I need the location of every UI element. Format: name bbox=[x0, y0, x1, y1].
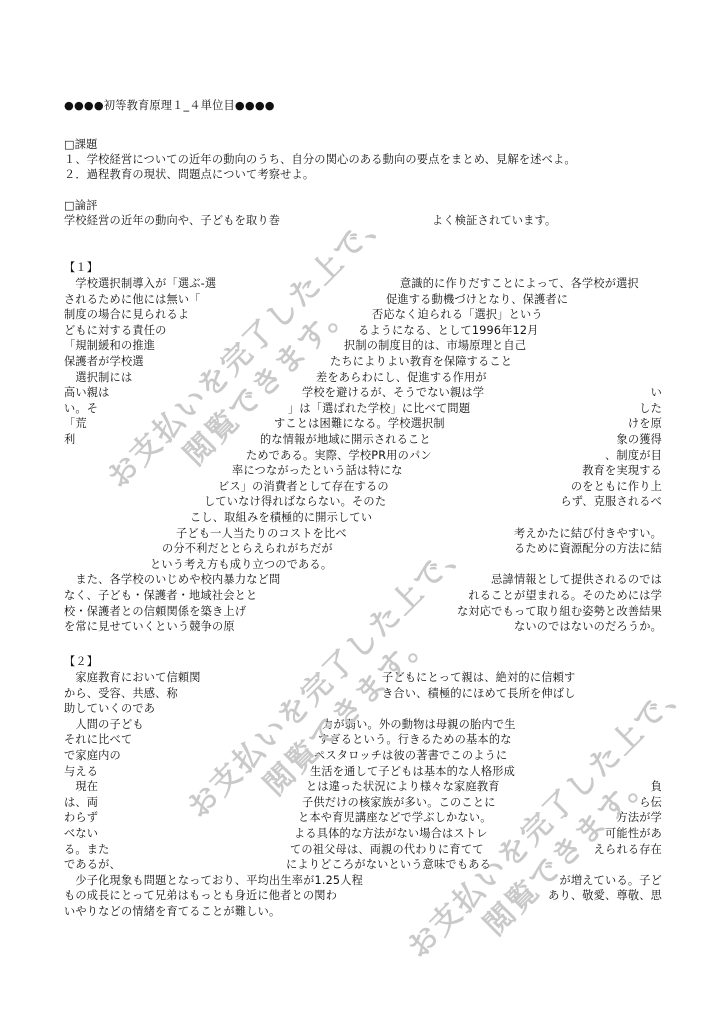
text-line-edge: した bbox=[639, 402, 662, 416]
text-line-left: 家庭教育において信頼関 bbox=[64, 671, 201, 685]
text-line-edge: ら伝 bbox=[639, 796, 662, 810]
text-line-right: 促進する動機づけとなり、保護者に bbox=[386, 293, 568, 307]
document-title: ●●●●初等教育原理１_４単位目●●●● bbox=[64, 99, 275, 113]
section2-heading: 【２】 bbox=[64, 655, 98, 669]
text-line-edge: 教育を実現する bbox=[582, 464, 662, 478]
text-line-right: と本や育児講座などで学ぶしかない。 bbox=[298, 811, 492, 825]
text-line-right: 」は「選ばれた学校」に比べて問題 bbox=[288, 402, 470, 416]
text-line-edge: らず、克服されるべ bbox=[560, 495, 662, 509]
text-line-right: 択制の制度目的は、市場原理と自己 bbox=[344, 339, 526, 353]
text-line-right: 学校を避けるが、そうでない親は学 bbox=[302, 386, 484, 400]
text-line-right: るようになる、として1996年12月 bbox=[358, 324, 539, 338]
review-text-left: 学校経営の近年の動向や、子どもを取り巻 bbox=[64, 214, 280, 228]
text-line-edge: 、制度が目 bbox=[605, 449, 662, 463]
text-line-right: すことは困難になる。学校選択制 bbox=[274, 417, 445, 431]
text-line-left: は、両 bbox=[64, 796, 98, 810]
text-line-right: たちによりよい教育を保障すること bbox=[330, 355, 512, 369]
text-line-right: すぎるという。行きるための基本的な bbox=[318, 733, 512, 747]
text-line-right: 的な情報が地域に開示されること bbox=[260, 433, 431, 447]
text-line-right: よる具体的な方法がない場合はストレ bbox=[294, 827, 488, 841]
text-line-right: 率につながったという話は特にな bbox=[232, 464, 403, 478]
text-line-right: 子供だけの核家族が多い。このことに bbox=[302, 796, 496, 810]
text-line-right: していなけ得ればならない。そのた bbox=[204, 495, 386, 509]
text-line-right: 差をあらわにし、促進する作用が bbox=[316, 371, 487, 385]
assignment-item: １、学校経営についての近年の動向のうち、自分の関心のある動向の要点をまとめ、見解… bbox=[64, 153, 576, 167]
text-line-left: なく、子ども・保護者・地域社会とと bbox=[64, 589, 257, 603]
assignment-heading: □課題 bbox=[64, 138, 98, 152]
text-line-right: ためである。実際、学校PR用のパン bbox=[246, 449, 432, 463]
text-line-right: 生活を通して子どもは基本的な人格形成 bbox=[310, 765, 515, 779]
text-line-left: それに比べて bbox=[64, 733, 132, 747]
text-line-left: 高い親は bbox=[64, 386, 110, 400]
text-line-right: 否応なく迫られる「選択」という bbox=[372, 308, 543, 322]
text-line-left: 助していくのであ bbox=[64, 702, 155, 716]
text-line-left: どもに対する責任の bbox=[64, 324, 167, 338]
text-line-right: 意識的に作りだすことによって、各学校が選択 bbox=[400, 277, 639, 291]
text-line-left: 保護者が学校選 bbox=[64, 355, 144, 369]
review-heading: □論評 bbox=[64, 199, 98, 213]
text-line-edge: ないのではないのだろうか。 bbox=[514, 620, 662, 634]
text-line-left: 少子化現象も問題となっており、平均出生率が1.25人程 bbox=[64, 874, 363, 888]
text-line-left: る。また bbox=[64, 843, 110, 857]
text-line-left: 「荒 bbox=[64, 417, 87, 431]
text-line-left: わらず bbox=[64, 811, 98, 825]
text-line-left: また、各学校のいじめや校内暴力など問 bbox=[64, 573, 280, 587]
review-text-right: よく検証されています。 bbox=[432, 214, 556, 228]
text-line-left: 利 bbox=[64, 433, 75, 447]
assignment-item: ２．過程教育の現状、問題点について考察せよ。 bbox=[64, 168, 314, 182]
text-line-left: 校・保護者との信頼関係を築き上げ bbox=[64, 605, 246, 619]
text-line-left: を常に見せていくという競争の原 bbox=[64, 620, 235, 634]
text-line-right: 力が弱い。外の動物は母親の胎内で生 bbox=[322, 718, 516, 732]
text-line-edge: えられる存在 bbox=[594, 843, 662, 857]
text-line-right: ペスタロッチは彼の著書でこのように bbox=[314, 749, 507, 763]
text-line-edge: い bbox=[651, 386, 662, 400]
text-line-edge: 忌諱情報として提供されるのでは bbox=[491, 573, 662, 587]
text-line-left: 制度の場合に見られるよ bbox=[64, 308, 189, 322]
text-line-right: き合い、積極的にほめて長所を伸ばし bbox=[382, 687, 576, 701]
text-line-right: という考え方も成り立つのである。 bbox=[150, 558, 332, 572]
text-line-edge: けを原 bbox=[628, 417, 662, 431]
text-line-left: 学校選択制導入が「選ぶ-選 bbox=[64, 277, 216, 291]
text-line-edge: るために資源配分の方法に結 bbox=[514, 542, 662, 556]
text-line-left: で家庭内の bbox=[64, 749, 121, 763]
text-line-edge: のをともに作り上 bbox=[571, 480, 662, 494]
text-line-edge: な対応でもって取り組む姿勢と改善結果 bbox=[457, 605, 662, 619]
text-line-edge: あり、敬愛、尊敬、思 bbox=[548, 889, 662, 903]
text-line-right: 子ども一人当たりのコストを比べ bbox=[176, 527, 347, 541]
text-line-left: 人間の子ども bbox=[64, 718, 144, 732]
text-line-right: の分不利だととらえられがちだが bbox=[162, 542, 333, 556]
text-line-edge: れることが望まれる。そのためには学 bbox=[468, 589, 662, 603]
text-line-right: によりどころがないという意味でもある bbox=[286, 858, 491, 872]
text-line-left: から、受容、共感、称 bbox=[64, 687, 178, 701]
text-line-left: 選択制には bbox=[64, 371, 132, 385]
text-line-edge: 方法が学 bbox=[616, 811, 662, 825]
text-line-right: こし、取組みを積極的に開示してい bbox=[190, 511, 372, 525]
text-line-edge: 象の獲得 bbox=[616, 433, 662, 447]
text-line-edge: 負 bbox=[651, 780, 662, 794]
text-line-left: されるために他には無い「 bbox=[64, 293, 201, 307]
text-line-edge: 考えかたに結び付きやすい。 bbox=[514, 527, 662, 541]
text-line-left: であるが、 bbox=[64, 858, 121, 872]
text-line-left: べない bbox=[64, 827, 98, 841]
text-line-edge: が増えている。子ど bbox=[560, 874, 663, 888]
text-line-right: 子どもにとって親は、絶対的に信頼す bbox=[382, 671, 575, 685]
text-line-right: ての祖父母は、両親の代わりに育てて bbox=[290, 843, 484, 857]
text-line-left: 「規制緩和の推進 bbox=[64, 339, 155, 353]
text-line-right: ビス」の消費者として存在するの bbox=[218, 480, 389, 494]
text-line-left: いやりなどの情緒を育てることが難しい。 bbox=[64, 905, 280, 919]
document-page: ●●●●初等教育原理１_４単位目●●●● □課題 １、学校経営についての近年の動… bbox=[0, 0, 724, 1024]
text-line-right: とは違った状況により様々な家庭教育 bbox=[306, 780, 500, 794]
text-line-left: 現在 bbox=[64, 780, 98, 794]
text-line-left: もの成長にとって兄弟はもっとも身近に他者との関わ bbox=[64, 889, 337, 903]
text-line-left: 与える bbox=[64, 765, 98, 779]
section1-heading: 【１】 bbox=[64, 261, 98, 275]
text-line-left: い。そ bbox=[64, 402, 98, 416]
text-line-edge: 可能性があ bbox=[605, 827, 662, 841]
